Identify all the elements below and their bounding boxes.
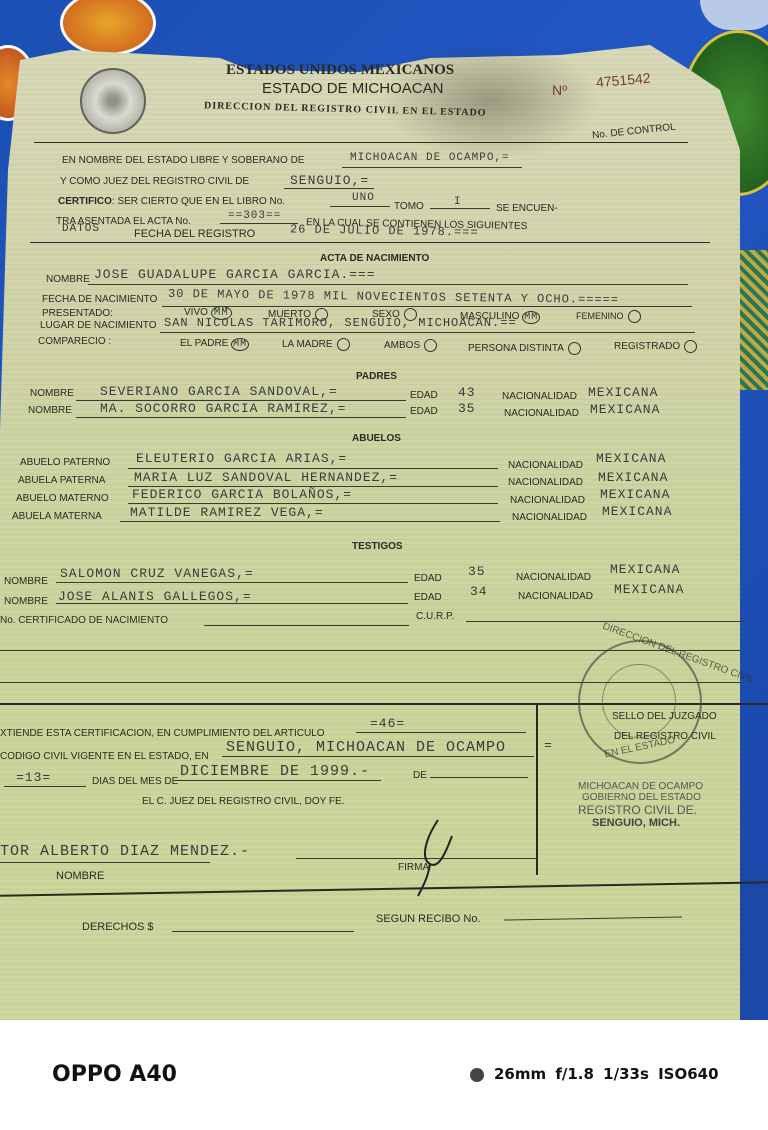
section-title-grandparents: ABUELOS xyxy=(352,433,401,444)
mother-age: 35 xyxy=(458,401,476,416)
underline xyxy=(176,780,381,781)
stamp-text: SENGUIO, MICH. xyxy=(592,817,680,829)
appeared-label: COMPARECIO : xyxy=(38,336,111,347)
registrant-name: JOSE GUADALUPE GARCIA GARCIA.=== xyxy=(94,267,376,282)
birth-date-label: FECHA DE NACIMIENTO xyxy=(42,294,157,305)
state-title: ESTADO DE MICHOACAN xyxy=(262,80,443,97)
both-radio[interactable] xyxy=(424,339,437,352)
underline xyxy=(284,188,374,189)
registration-date-label: FECHA DEL REGISTRO xyxy=(134,228,255,240)
libro-value: UNO xyxy=(352,192,375,204)
underline xyxy=(120,521,500,522)
divider-vertical xyxy=(536,705,538,875)
court-seal-label: DEL REGISTRO CIVIL xyxy=(614,731,716,742)
underline xyxy=(220,223,298,224)
stamp-text: MICHOACAN DE OCAMPO xyxy=(578,781,703,792)
nationality-label: NACIONALIDAD xyxy=(502,391,577,402)
fees-label: DERECHOS $ xyxy=(82,921,154,933)
mother-radio[interactable] xyxy=(337,338,350,351)
encuen-label: SE ENCUEN- xyxy=(496,203,558,214)
witness-name-label: NOMBRE xyxy=(4,576,48,587)
judge-value: SENGUIO,= xyxy=(290,173,369,188)
nationality-label: NACIONALIDAD xyxy=(512,512,587,523)
curp-label: C.U.R.P. xyxy=(416,611,454,622)
maternal-grandfather-name: FEDERICO GARCIA BOLAÑOS,= xyxy=(132,487,352,502)
age-label: EDAD xyxy=(410,406,438,417)
underline xyxy=(204,625,409,626)
name-label: NOMBRE xyxy=(46,274,90,285)
father-radio-checked[interactable]: MM xyxy=(231,338,249,351)
nationality-label: NACIONALIDAD xyxy=(508,477,583,488)
nationality-label: NACIONALIDAD xyxy=(518,591,593,602)
acta-number: ==303== xyxy=(228,210,281,222)
underline xyxy=(88,284,688,285)
paternal-grandfather-label: ABUELO PATERNO xyxy=(20,457,110,468)
underline xyxy=(222,756,534,757)
both-label: AMBOS xyxy=(384,340,420,351)
section-title-acta: ACTA DE NACIMIENTO xyxy=(320,253,429,264)
witness-1-age: 35 xyxy=(468,564,486,579)
judge-name-label: NOMBRE xyxy=(56,870,104,882)
paternal-grandmother-name: MARIA LUZ SANDOVAL HERNANDEZ,= xyxy=(134,470,398,485)
de-label: DE xyxy=(413,770,427,781)
underline xyxy=(4,786,86,787)
witness-name-label: NOMBRE xyxy=(4,596,48,607)
father-name: SEVERIANO GARCIA SANDOVAL,= xyxy=(100,384,338,399)
maternal-grandfather-nationality: MEXICANA xyxy=(600,487,670,502)
other-person-label: PERSONA DISTINTA xyxy=(468,343,564,354)
father-label: EL PADRE xyxy=(180,338,228,349)
other-person-radio[interactable] xyxy=(568,342,581,355)
female-radio[interactable] xyxy=(628,310,641,323)
issue-month-value: DICIEMBRE DE 1999.- xyxy=(180,763,370,780)
paternal-grandmother-label: ABUELA PATERNA xyxy=(18,475,105,486)
maternal-grandmother-name: MATILDE RAMIREZ VEGA,= xyxy=(130,505,324,520)
witness-1-nationality: MEXICANA xyxy=(610,562,680,577)
state-label: EN NOMBRE DEL ESTADO LIBRE Y SOBERANO DE xyxy=(62,155,304,166)
background-decoration xyxy=(60,0,156,56)
maternal-grandmother-label: ABUELA MATERNA xyxy=(12,511,102,522)
father-nationality: MEXICANA xyxy=(588,385,658,400)
civil-code-label: CODIGO CIVIL VIGENTE EN EL ESTADO, EN xyxy=(0,751,209,762)
camera-brand: OPPO A40 xyxy=(52,1062,177,1087)
mother-label: LA MADRE xyxy=(282,339,333,350)
datos-label: DATOS xyxy=(62,223,100,235)
divider xyxy=(30,242,710,243)
stamp-inner-ring xyxy=(602,664,676,738)
state-value: MICHOACAN DE OCAMPO,= xyxy=(350,152,510,164)
age-label: EDAD xyxy=(414,573,442,584)
witness-2-nationality: MEXICANA xyxy=(614,582,684,597)
country-title: ESTADOS UNIDOS MEXICANOS xyxy=(226,62,454,79)
underline xyxy=(430,208,490,209)
female-label: FEMENINO xyxy=(576,311,624,321)
registered-label: REGISTRADO xyxy=(614,341,680,352)
birthplace-value: SAN NICOLAS TARIMORO, SENGUIO, MICHOACAN… xyxy=(164,316,517,330)
nationality-label: NACIONALIDAD xyxy=(508,460,583,471)
age-label: EDAD xyxy=(410,390,438,401)
camera-exif: 26mm f/1.8 1/33s ISO640 xyxy=(494,1065,719,1083)
paternal-grandfather-name: ELEUTERIO GARCIA ARIAS,= xyxy=(136,451,347,466)
receipt-label: SEGUN RECIBO No. xyxy=(376,913,481,925)
stamp-text: GOBIERNO DEL ESTADO xyxy=(582,792,701,803)
underline xyxy=(76,417,406,418)
folio-symbol: Nº xyxy=(552,82,567,98)
paternal-grandmother-nationality: MEXICANA xyxy=(598,470,668,485)
underline xyxy=(128,468,498,469)
underline xyxy=(356,732,526,733)
male-radio-checked[interactable]: MM xyxy=(522,311,540,324)
libro-label: : SER CIERTO QUE EN EL LIBRO No. xyxy=(112,196,285,207)
underline xyxy=(56,582,408,583)
birthplace-label: LUGAR DE NACIMIENTO xyxy=(40,320,157,331)
underline xyxy=(0,862,210,863)
witness-2-age: 34 xyxy=(470,584,488,599)
underline xyxy=(172,931,354,932)
underline xyxy=(160,332,695,333)
tomo-label: TOMO xyxy=(394,201,424,212)
underline xyxy=(430,777,528,778)
issue-day-value: =13= xyxy=(16,770,51,785)
issue-place-suffix: = xyxy=(544,738,553,753)
certifico-label: CERTIFICO xyxy=(58,196,112,207)
nationality-label: NACIONALIDAD xyxy=(516,572,591,583)
court-seal-label: SELLO DEL JUZGADO xyxy=(612,711,717,722)
section-title-witnesses: TESTIGOS xyxy=(352,541,403,552)
paternal-grandfather-nationality: MEXICANA xyxy=(596,451,666,466)
maternal-grandfather-label: ABUELO MATERNO xyxy=(16,493,109,504)
underline xyxy=(342,167,522,168)
article-label: XTIENDE ESTA CERTIFICACION, EN CUMPLIMIE… xyxy=(0,728,325,739)
underline xyxy=(56,603,408,604)
mexican-coat-of-arms-icon xyxy=(80,68,146,134)
tomo-value: I xyxy=(454,196,462,208)
mother-name: MA. SOCORRO GARCIA RAMIREZ,= xyxy=(100,401,346,416)
presented-label: PRESENTADO: xyxy=(42,308,113,319)
divider xyxy=(34,142,688,143)
judge-label: Y COMO JUEZ DEL REGISTRO CIVIL DE xyxy=(60,176,249,187)
days-label: DIAS DEL MES DE xyxy=(92,776,178,787)
issue-place-value: SENGUIO, MICHOACAN DE OCAMPO xyxy=(226,739,506,756)
parent-name-label: NOMBRE xyxy=(28,405,72,416)
registered-radio[interactable] xyxy=(684,340,697,353)
mother-nationality: MEXICANA xyxy=(590,402,660,417)
judge-name: TOR ALBERTO DIAZ MENDEZ.- xyxy=(0,843,250,860)
glass-object xyxy=(700,0,768,30)
stamp-text: REGISTRO CIVIL DE. xyxy=(578,803,697,817)
nationality-label: NACIONALIDAD xyxy=(510,495,585,506)
birth-certificate-number-label: No. CERTIFICADO DE NACIMIENTO xyxy=(0,615,168,626)
underline xyxy=(128,503,498,504)
age-label: EDAD xyxy=(414,592,442,603)
judge-statement: EL C. JUEZ DEL REGISTRO CIVIL, DOY FE. xyxy=(142,796,344,807)
parent-name-label: NOMBRE xyxy=(30,388,74,399)
father-age: 43 xyxy=(458,385,476,400)
lens-dot-icon xyxy=(470,1068,484,1082)
witness-2-name: JOSE ALANIS GALLEGOS,= xyxy=(58,589,252,604)
article-value: =46= xyxy=(370,716,405,731)
section-title-parents: PADRES xyxy=(356,371,397,382)
nationality-label: NACIONALIDAD xyxy=(504,408,579,419)
underline xyxy=(330,206,390,207)
maternal-grandmother-nationality: MEXICANA xyxy=(602,504,672,519)
witness-1-name: SALOMON CRUZ VANEGAS,= xyxy=(60,566,254,581)
document-photo: ESTADOS UNIDOS MEXICANOS ESTADO DE MICHO… xyxy=(0,0,768,1020)
underline xyxy=(162,306,692,307)
